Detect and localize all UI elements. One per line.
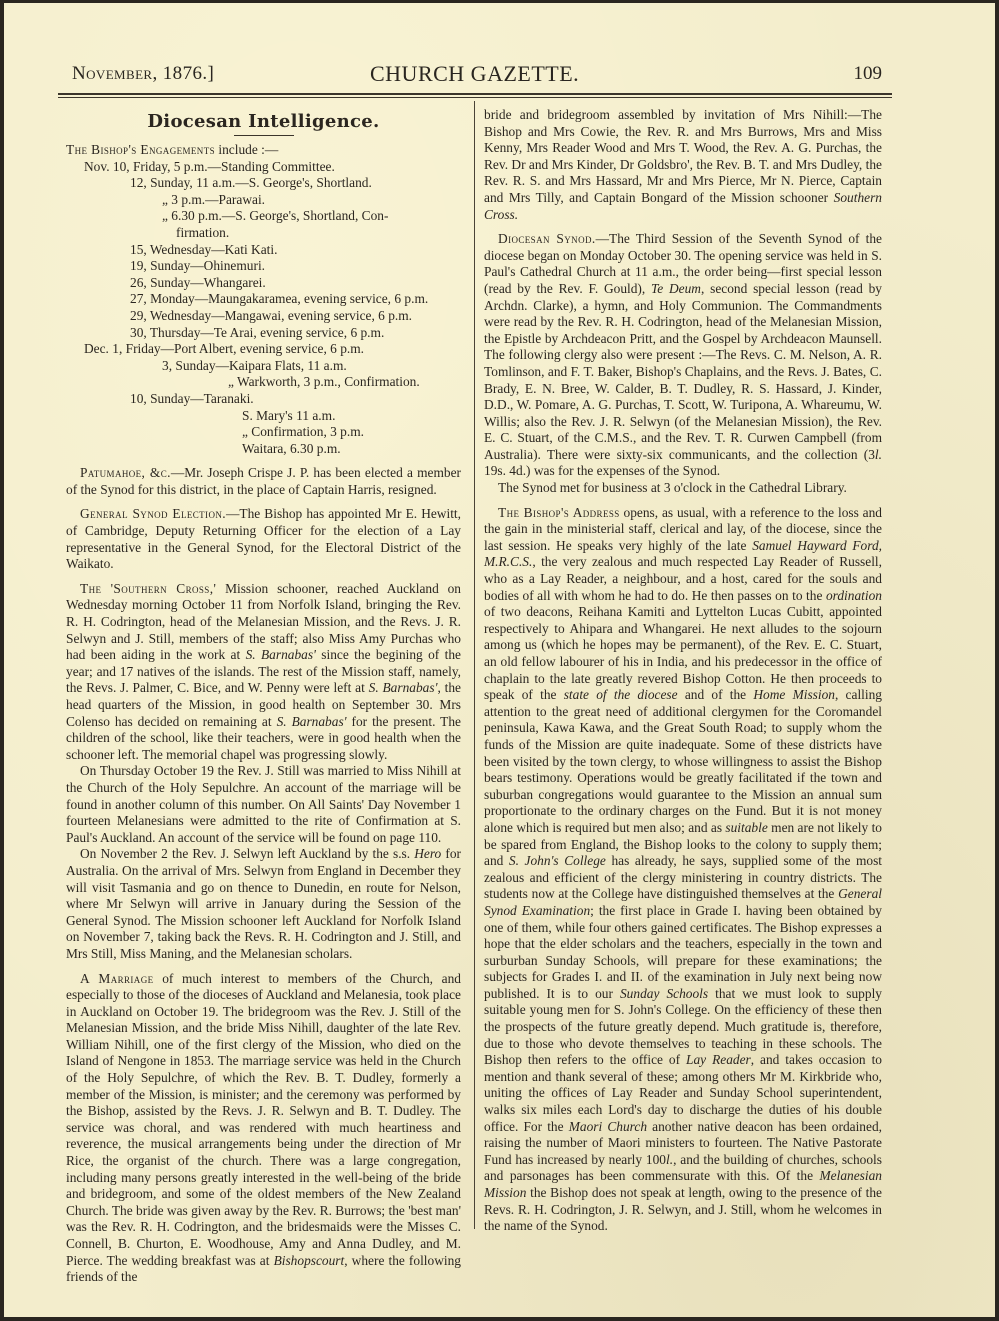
- page-number: 109: [854, 63, 883, 85]
- marriage-paragraph: A Marriage of much interest to members o…: [66, 971, 461, 1286]
- engagement-row: 29, Wednesday—Mangawai, evening service,…: [66, 308, 461, 325]
- right-column: bride and bridegroom assembled by invita…: [484, 107, 882, 1235]
- engagement-row: 12, Sunday, 11 a.m.—S. George's, Shortla…: [66, 175, 461, 192]
- header-rule-thin: [58, 97, 892, 98]
- engagement-row: 15, Wednesday—Kati Kati.: [66, 242, 461, 259]
- synod-business-paragraph: The Synod met for business at 3 o'clock …: [484, 480, 882, 497]
- engagement-row: 19, Sunday—Ohinemuri.: [66, 258, 461, 275]
- southern-cross-paragraph: The 'Southern Cross,' Mission schooner, …: [66, 581, 461, 764]
- engagement-row: firmation.: [66, 225, 461, 242]
- section-title: Diocesan Intelligence.: [66, 111, 461, 133]
- left-column: Diocesan Intelligence. The Bishop's Enga…: [66, 107, 461, 1286]
- engagement-row: „ Warkworth, 3 p.m., Confirmation.: [66, 374, 461, 391]
- newspaper-page: November, 1876.] CHURCH GAZETTE. 109 Dio…: [4, 3, 995, 1317]
- column-divider: [474, 101, 475, 1229]
- general-synod-paragraph: General Synod Election.—The Bishop has a…: [66, 506, 461, 572]
- engagement-row: Nov. 10, Friday, 5 p.m.—Standing Committ…: [66, 159, 461, 176]
- engagement-row: 10, Sunday—Taranaki.: [66, 391, 461, 408]
- issue-date: November, 1876.]: [72, 63, 214, 85]
- engagement-row: „ 6.30 p.m.—S. George's, Shortland, Con-: [66, 208, 461, 225]
- header-rule: [58, 93, 892, 95]
- running-head: November, 1876.] CHURCH GAZETTE. 109: [72, 61, 880, 89]
- engagement-row: S. Mary's 11 a.m.: [66, 408, 461, 425]
- patumahoe-paragraph: Patumahoe, &c.—Mr. Joseph Crispe J. P. h…: [66, 465, 461, 498]
- publication-title: CHURCH GAZETTE.: [370, 61, 579, 87]
- engagement-row: „ Confirmation, 3 p.m.: [66, 424, 461, 441]
- bishops-engagements: The Bishop's Engagements include :— Nov.…: [66, 142, 461, 457]
- selwyn-departure-paragraph: On November 2 the Rev. J. Selwyn left Au…: [66, 846, 461, 962]
- engagement-row: „ 3 p.m.—Parawai.: [66, 192, 461, 209]
- title-rule: [234, 135, 294, 136]
- engagement-row: 3, Sunday—Kaipara Flats, 11 a.m.: [66, 358, 461, 375]
- engagement-row: Waitara, 6.30 p.m.: [66, 441, 461, 458]
- engagement-row: 26, Sunday—Whangarei.: [66, 275, 461, 292]
- engagement-row: 30, Thursday—Te Arai, evening service, 6…: [66, 325, 461, 342]
- still-marriage-paragraph: On Thursday October 19 the Rev. J. Still…: [66, 763, 461, 846]
- engagement-row: Dec. 1, Friday—Port Albert, evening serv…: [66, 341, 461, 358]
- engagement-row: 27, Monday—Maungakaramea, evening servic…: [66, 291, 461, 308]
- engagements-heading: The Bishop's Engagements include :—: [66, 142, 461, 159]
- diocesan-synod-paragraph: Diocesan Synod.—The Third Session of the…: [484, 231, 882, 480]
- bishops-address-paragraph: The Bishop's Address opens, as usual, wi…: [484, 505, 882, 1235]
- marriage-continuation-paragraph: bride and bridegroom assembled by invita…: [484, 107, 882, 223]
